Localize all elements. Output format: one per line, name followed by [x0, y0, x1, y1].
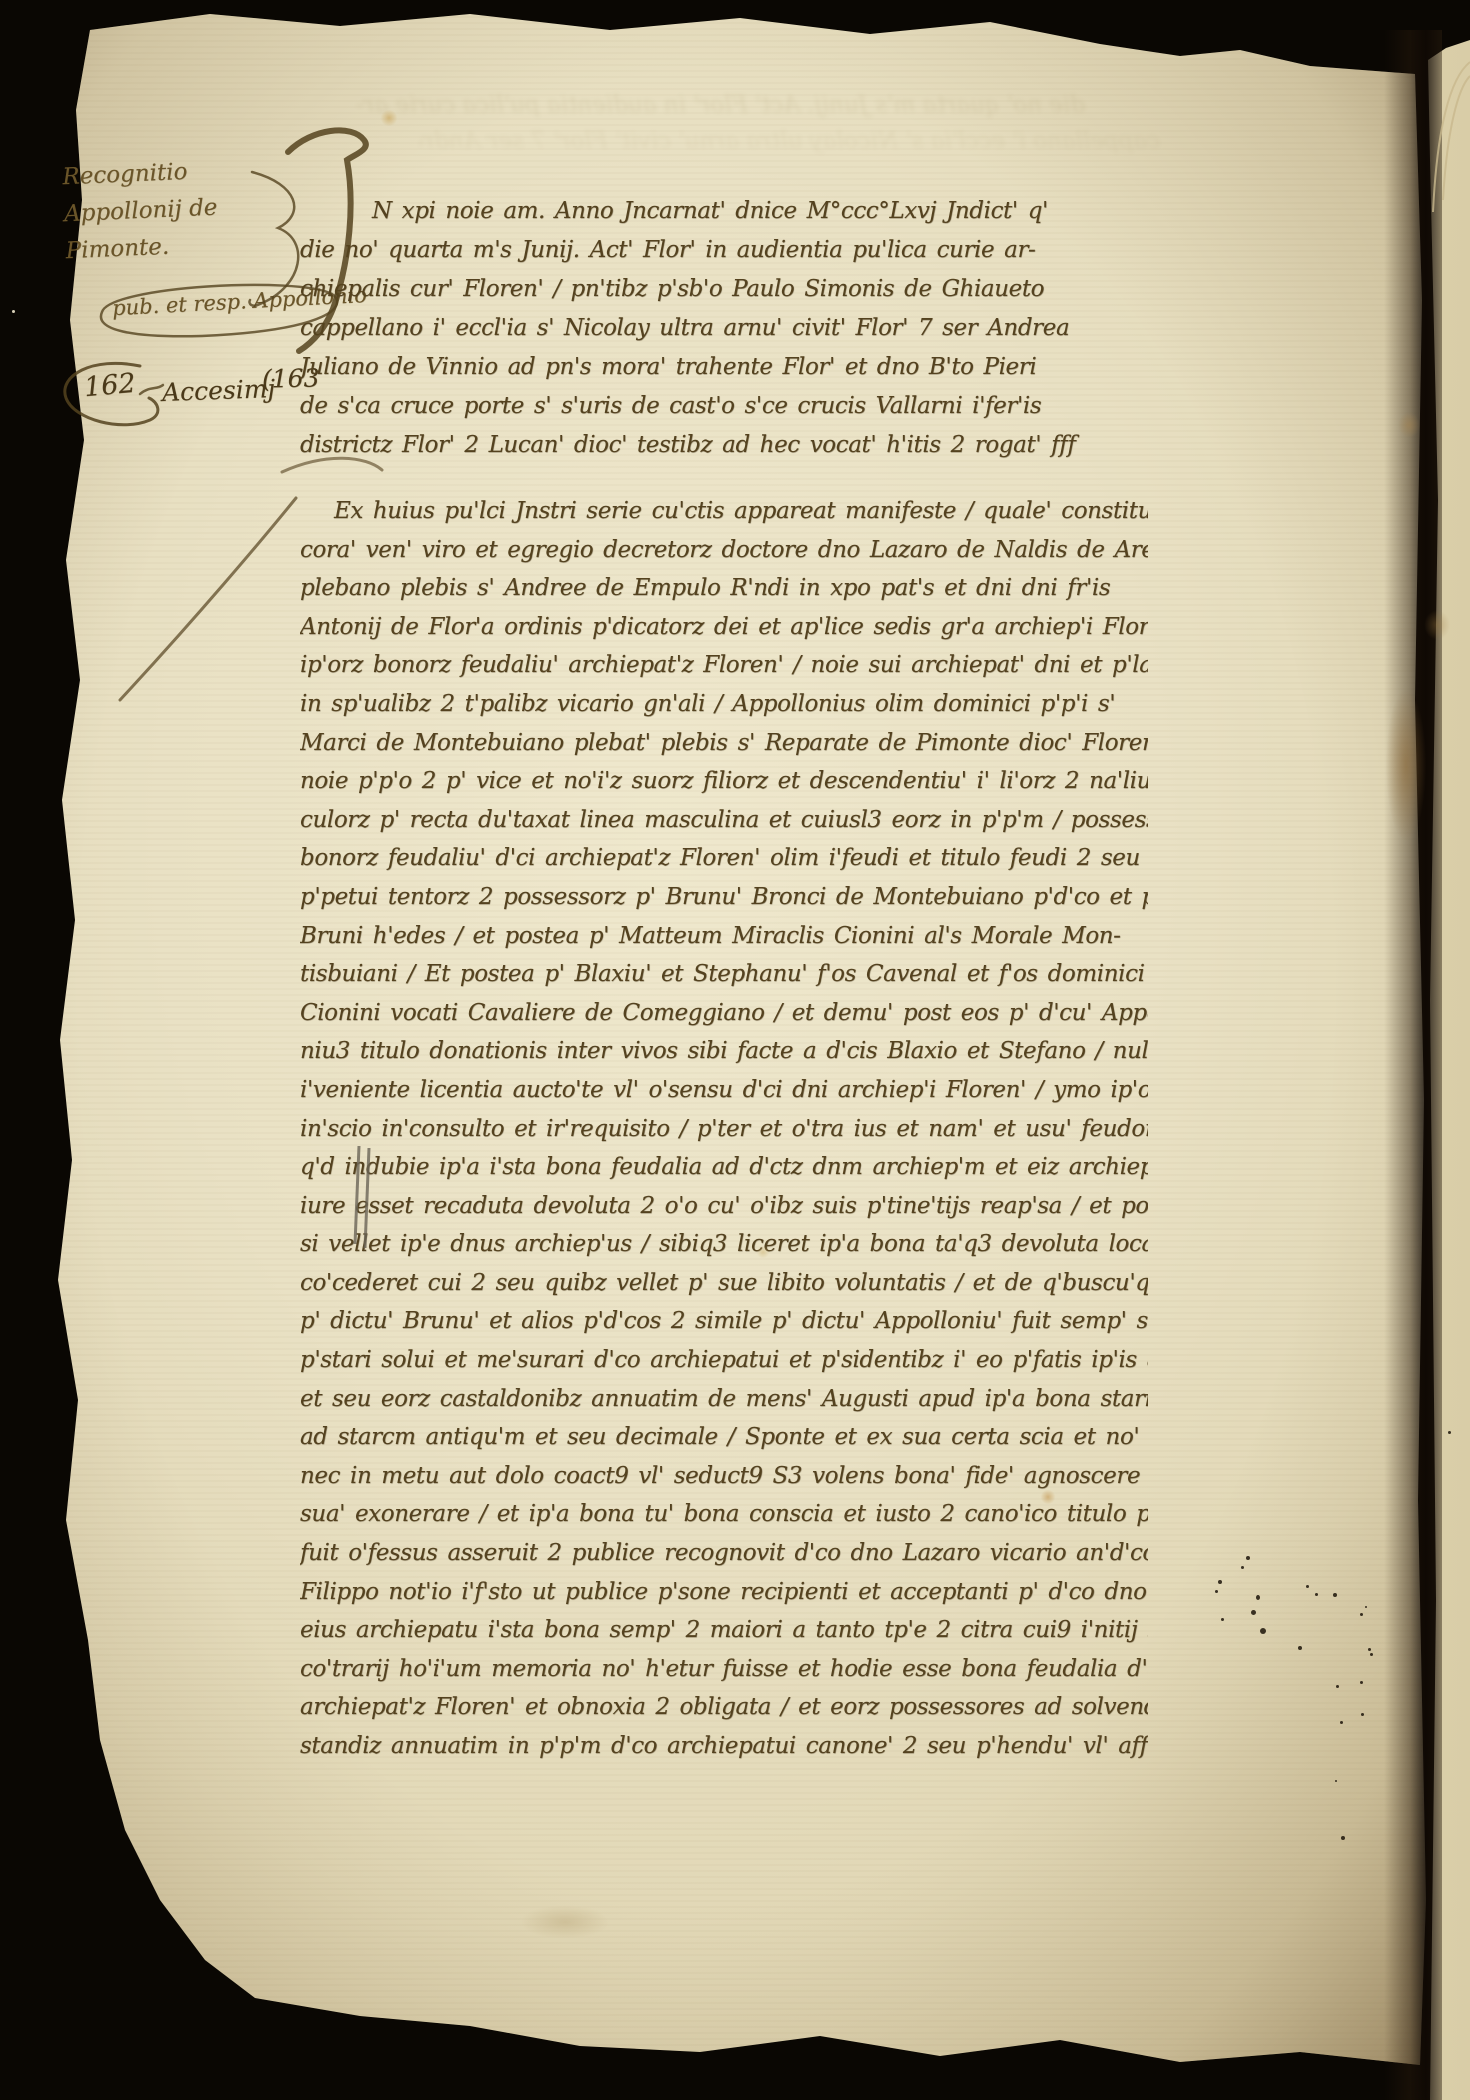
- text-line: Bruni h'edes / et postea p' Matteum Mira…: [300, 917, 1148, 956]
- text-line: de s'ca cruce porte s' s'uris de cast'o …: [300, 387, 1148, 426]
- text-line: noie p'p'o 2 p' vice et no'i'z suorz fil…: [300, 762, 1148, 801]
- margin-note-title-line1: Recognitio Appollonij de: [62, 149, 305, 233]
- text-line: Antonij de Flor'a ordinis p'dicatorz dei…: [300, 608, 1148, 647]
- text-line: si vellet ip'e dnus archiep'us / sibiq3 …: [300, 1225, 1148, 1264]
- text-line: co'trarij ho'i'um memoria no' h'etur fui…: [300, 1650, 1148, 1689]
- text-line: culorz p' recta du'taxat linea masculina…: [300, 801, 1148, 840]
- text-line: p'petui tentorz 2 possessorz p' Brunu' B…: [300, 878, 1148, 917]
- bleedthrough-text: die no' quarta m's Junij. Act' Flor' in …: [345, 92, 1085, 118]
- text-line: Filippo not'io i'f'sto ut publice p'sone…: [300, 1573, 1148, 1612]
- text-line: sua' exonerare / et ip'a bona tu' bona c…: [300, 1495, 1148, 1534]
- text-line: co'cederet cui 2 seu quibz vellet p' sue…: [300, 1264, 1148, 1303]
- text-line: fuit o'fessus asseruit 2 publice recogno…: [300, 1534, 1148, 1573]
- text-line: N xpi noie am. Anno Jncarnat' dnice M°cc…: [300, 192, 1148, 231]
- text-line: i'veniente licentia aucto'te vl' o'sensu…: [300, 1071, 1148, 1110]
- text-line: Ex huius pu'lci Jnstri serie cu'ctis app…: [300, 492, 1148, 531]
- text-line: in'scio in'consulto et ir'requisito / p'…: [300, 1110, 1148, 1149]
- folio-number-162: 162: [83, 368, 137, 403]
- text-line: die no' quarta m's Junij. Act' Flor' in …: [300, 231, 1148, 270]
- text-line: standiz annuatim in p'p'm d'co archiepat…: [300, 1727, 1148, 1766]
- manuscript-paragraph-2: Ex huius pu'lci Jnstri serie cu'ctis app…: [300, 492, 1148, 1766]
- text-line: bonorz feudaliu' d'ci archiepat'z Floren…: [300, 839, 1148, 878]
- manuscript-paragraph-1: N xpi noie am. Anno Jncarnat' dnice M°cc…: [300, 192, 1148, 465]
- text-line: niu3 titulo donationis inter vivos sibi …: [300, 1032, 1148, 1071]
- bleedthrough-text: cappellano i' eccl'ia s' Nicolay ultra a…: [420, 128, 1160, 154]
- text-line: Juliano de Vinnio ad pn's mora' trahente…: [300, 348, 1148, 387]
- dust-speck: [12, 310, 15, 313]
- text-line: in sp'ualibz 2 t'palibz vicario gn'ali /…: [300, 685, 1148, 724]
- text-line: archiepat'z Floren' et obnoxia 2 obligat…: [300, 1688, 1148, 1727]
- text-line: eius archiepatu i'sta bona semp' 2 maior…: [300, 1611, 1148, 1650]
- manuscript-scan: die no' quarta m's Junij. Act' Flor' in …: [0, 0, 1470, 2100]
- text-line: cora' ven' viro et egregio decretorz doc…: [300, 531, 1148, 570]
- text-line: iure esset recaduta devoluta 2 o'o cu' o…: [300, 1187, 1148, 1226]
- text-line: p' dictu' Brunu' et alios p'd'cos 2 simi…: [300, 1302, 1148, 1341]
- text-line: ad starcm antiqu'm et seu decimale / Spo…: [300, 1418, 1148, 1457]
- margin-reference-word: Accesimj: [162, 374, 276, 407]
- margin-note-title: Recognitio Appollonij de Pimonte.: [62, 149, 307, 270]
- text-line: et seu eorz castaldonibz annuatim de men…: [300, 1380, 1148, 1419]
- text-line: plebano plebis s' Andree de Empulo R'ndi…: [300, 569, 1148, 608]
- text-line: ip'orz bonorz feudaliu' archiepat'z Flor…: [300, 646, 1148, 685]
- text-line: Cionini vocati Cavaliere de Comeggiano /…: [300, 994, 1148, 1033]
- text-line: chiepalis cur' Floren' / pn'tibz p'sb'o …: [300, 270, 1148, 309]
- text-line: p'stari solui et me'surari d'co archiepa…: [300, 1341, 1148, 1380]
- text-line: q'd indubie ip'a i'sta bona feudalia ad …: [300, 1148, 1148, 1187]
- text-line: nec in metu aut dolo coact9 vl' seduct9 …: [300, 1457, 1148, 1496]
- text-line: tisbuiani / Et postea p' Blaxiu' et Step…: [300, 955, 1148, 994]
- text-line: districtz Flor' 2 Lucan' dioc' testibz a…: [300, 426, 1148, 465]
- text-line: cappellano i' eccl'ia s' Nicolay ultra a…: [300, 309, 1148, 348]
- text-line: Marci de Montebuiano plebat' plebis s' R…: [300, 724, 1148, 763]
